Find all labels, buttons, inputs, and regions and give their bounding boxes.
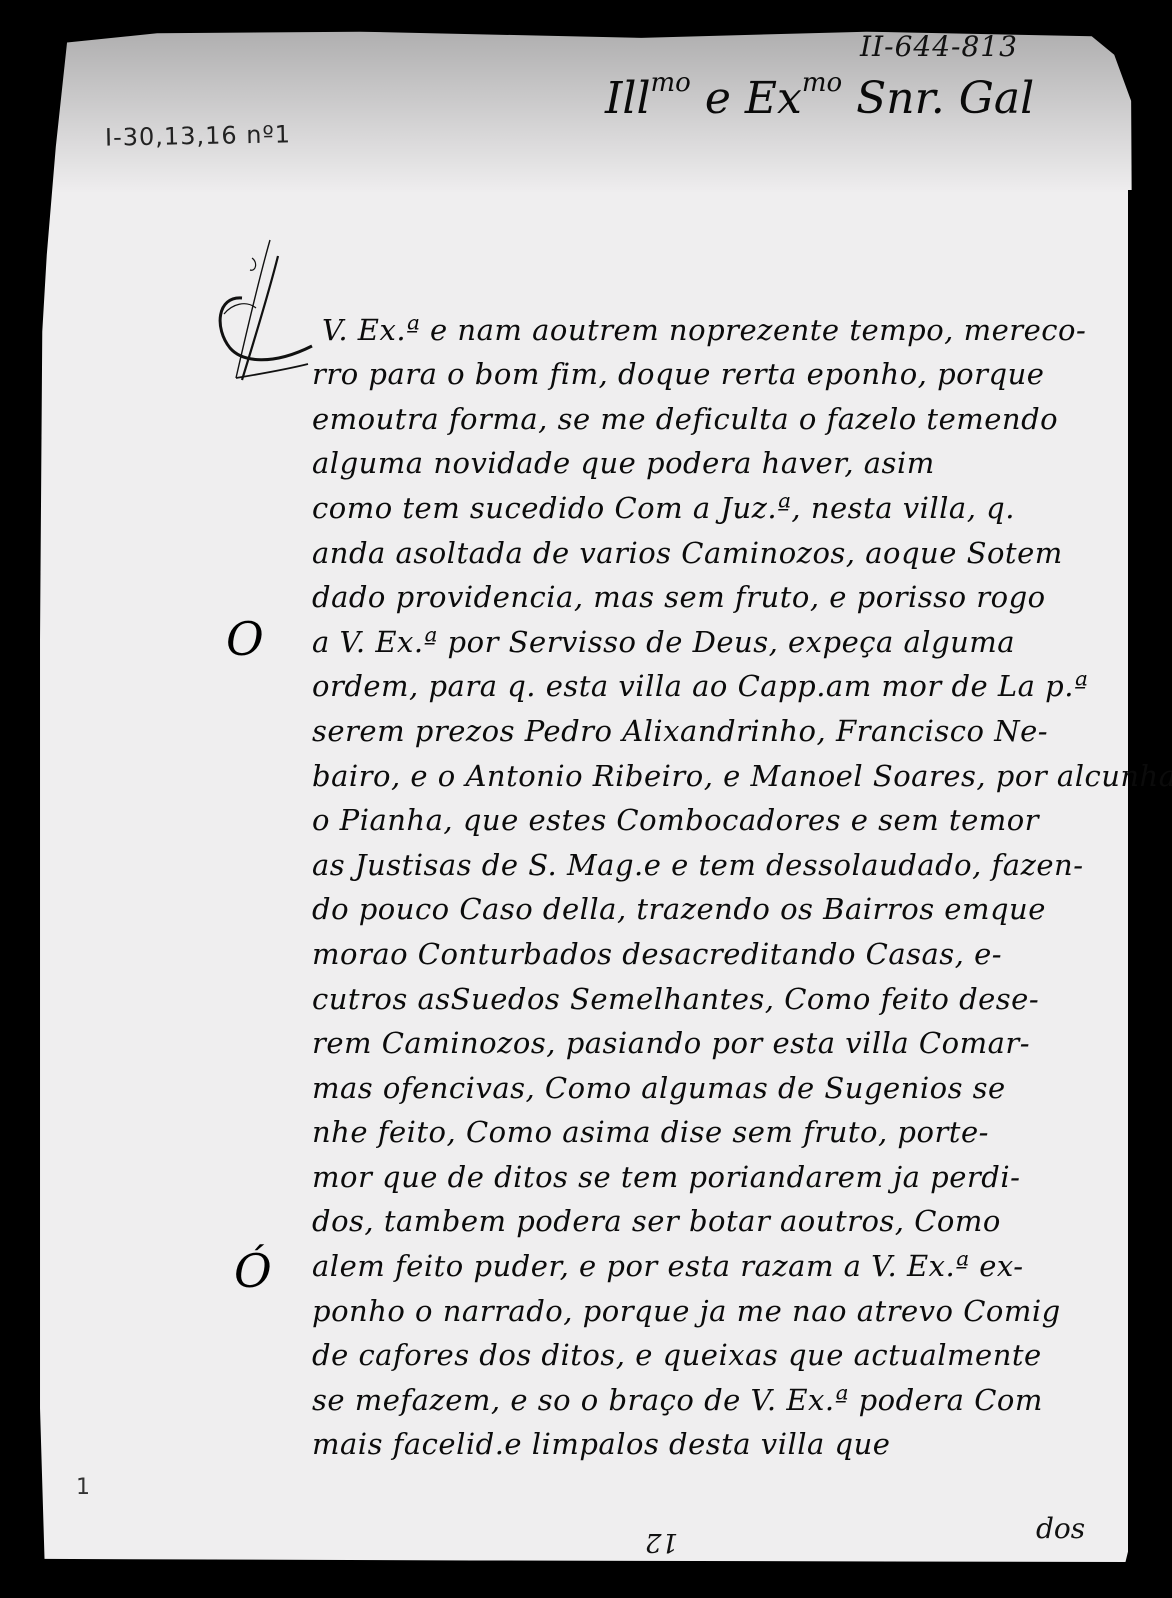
salutation: Illmo e Exmo Snr. Gal — [605, 68, 1034, 124]
letter-body: V. Ex.ª e nam aoutrem noprezente tempo, … — [312, 300, 1112, 1459]
body-line: bairo, e o Antonio Ribeiro, e Manoel Soa… — [312, 746, 1112, 791]
body-line: de cafores dos ditos, e queixas que actu… — [312, 1326, 1112, 1371]
body-line: se mefazem, e so o braço de V. Ex.ª pode… — [312, 1370, 1112, 1415]
page-edge — [1128, 190, 1152, 1560]
body-line: mais facelid.e limpalos desta villa que — [312, 1415, 1112, 1460]
body-line: dos, tambem podera ser botar aoutros, Co… — [312, 1192, 1112, 1237]
body-line: as Justisas de S. Mag.e e tem dessolauda… — [312, 835, 1112, 880]
salutation-prefix-sup: mo — [651, 68, 691, 98]
body-line: emoutra forma, se me deficulta o fazelo … — [312, 389, 1112, 434]
body-line: serem prezos Pedro Alixandrinho, Francis… — [312, 701, 1112, 746]
body-line: ponho o narrado, porque ja me nao atrevo… — [312, 1281, 1112, 1326]
archive-reference: I-30,13,16 nº1 — [105, 120, 291, 151]
salutation-middle-sup: mo — [802, 68, 842, 98]
margin-mark: O — [226, 612, 264, 666]
page-number: 1 — [76, 1475, 90, 1500]
body-line: alguma novidade que podera haver, asim — [312, 434, 1112, 479]
margin-mark: Ó — [234, 1244, 272, 1298]
body-line: anda asoltada de varios Caminozos, aoque… — [312, 523, 1112, 568]
body-line: dado providencia, mas sem fruto, e poris… — [312, 568, 1112, 613]
body-line: o Pianha, que estes Combocadores e sem t… — [312, 791, 1112, 836]
body-line: nhe feito, Como asima dise sem fruto, po… — [312, 1103, 1112, 1148]
catalog-number: II-644-813 — [860, 30, 1018, 63]
body-line: a V. Ex.ª por Servisso de Deus, expeça a… — [312, 612, 1112, 657]
body-line: morao Conturbados desacreditando Casas, … — [312, 924, 1112, 969]
body-line: ordem, para q. esta villa ao Capp.am mor… — [312, 657, 1112, 702]
body-line: cutros asSuedos Semelhantes, Como feito … — [312, 969, 1112, 1014]
salutation-middle: e Ex — [705, 73, 802, 124]
body-line: alem feito puder, e por esta razam a V. … — [312, 1236, 1112, 1281]
salutation-prefix: Ill — [605, 73, 651, 124]
catchword: dos — [1036, 1512, 1085, 1545]
body-line: rro para o bom fim, doque rerta eponho, … — [312, 345, 1112, 390]
body-line: rem Caminozos, pasiando por esta villa C… — [312, 1014, 1112, 1059]
body-line: mor que de ditos se tem poriandarem ja p… — [312, 1147, 1112, 1192]
body-line: do pouco Caso della, trazendo os Bairros… — [312, 880, 1112, 925]
body-line: como tem sucedido Com a Juz.ª, nesta vil… — [312, 478, 1112, 523]
body-line: mas ofencivas, Como algumas de Sugenios … — [312, 1058, 1112, 1103]
folio-mark: 12 — [645, 1527, 678, 1557]
body-line: V. Ex.ª e nam aoutrem noprezente tempo, … — [322, 300, 1112, 345]
salutation-suffix: Snr. Gal — [856, 73, 1034, 124]
